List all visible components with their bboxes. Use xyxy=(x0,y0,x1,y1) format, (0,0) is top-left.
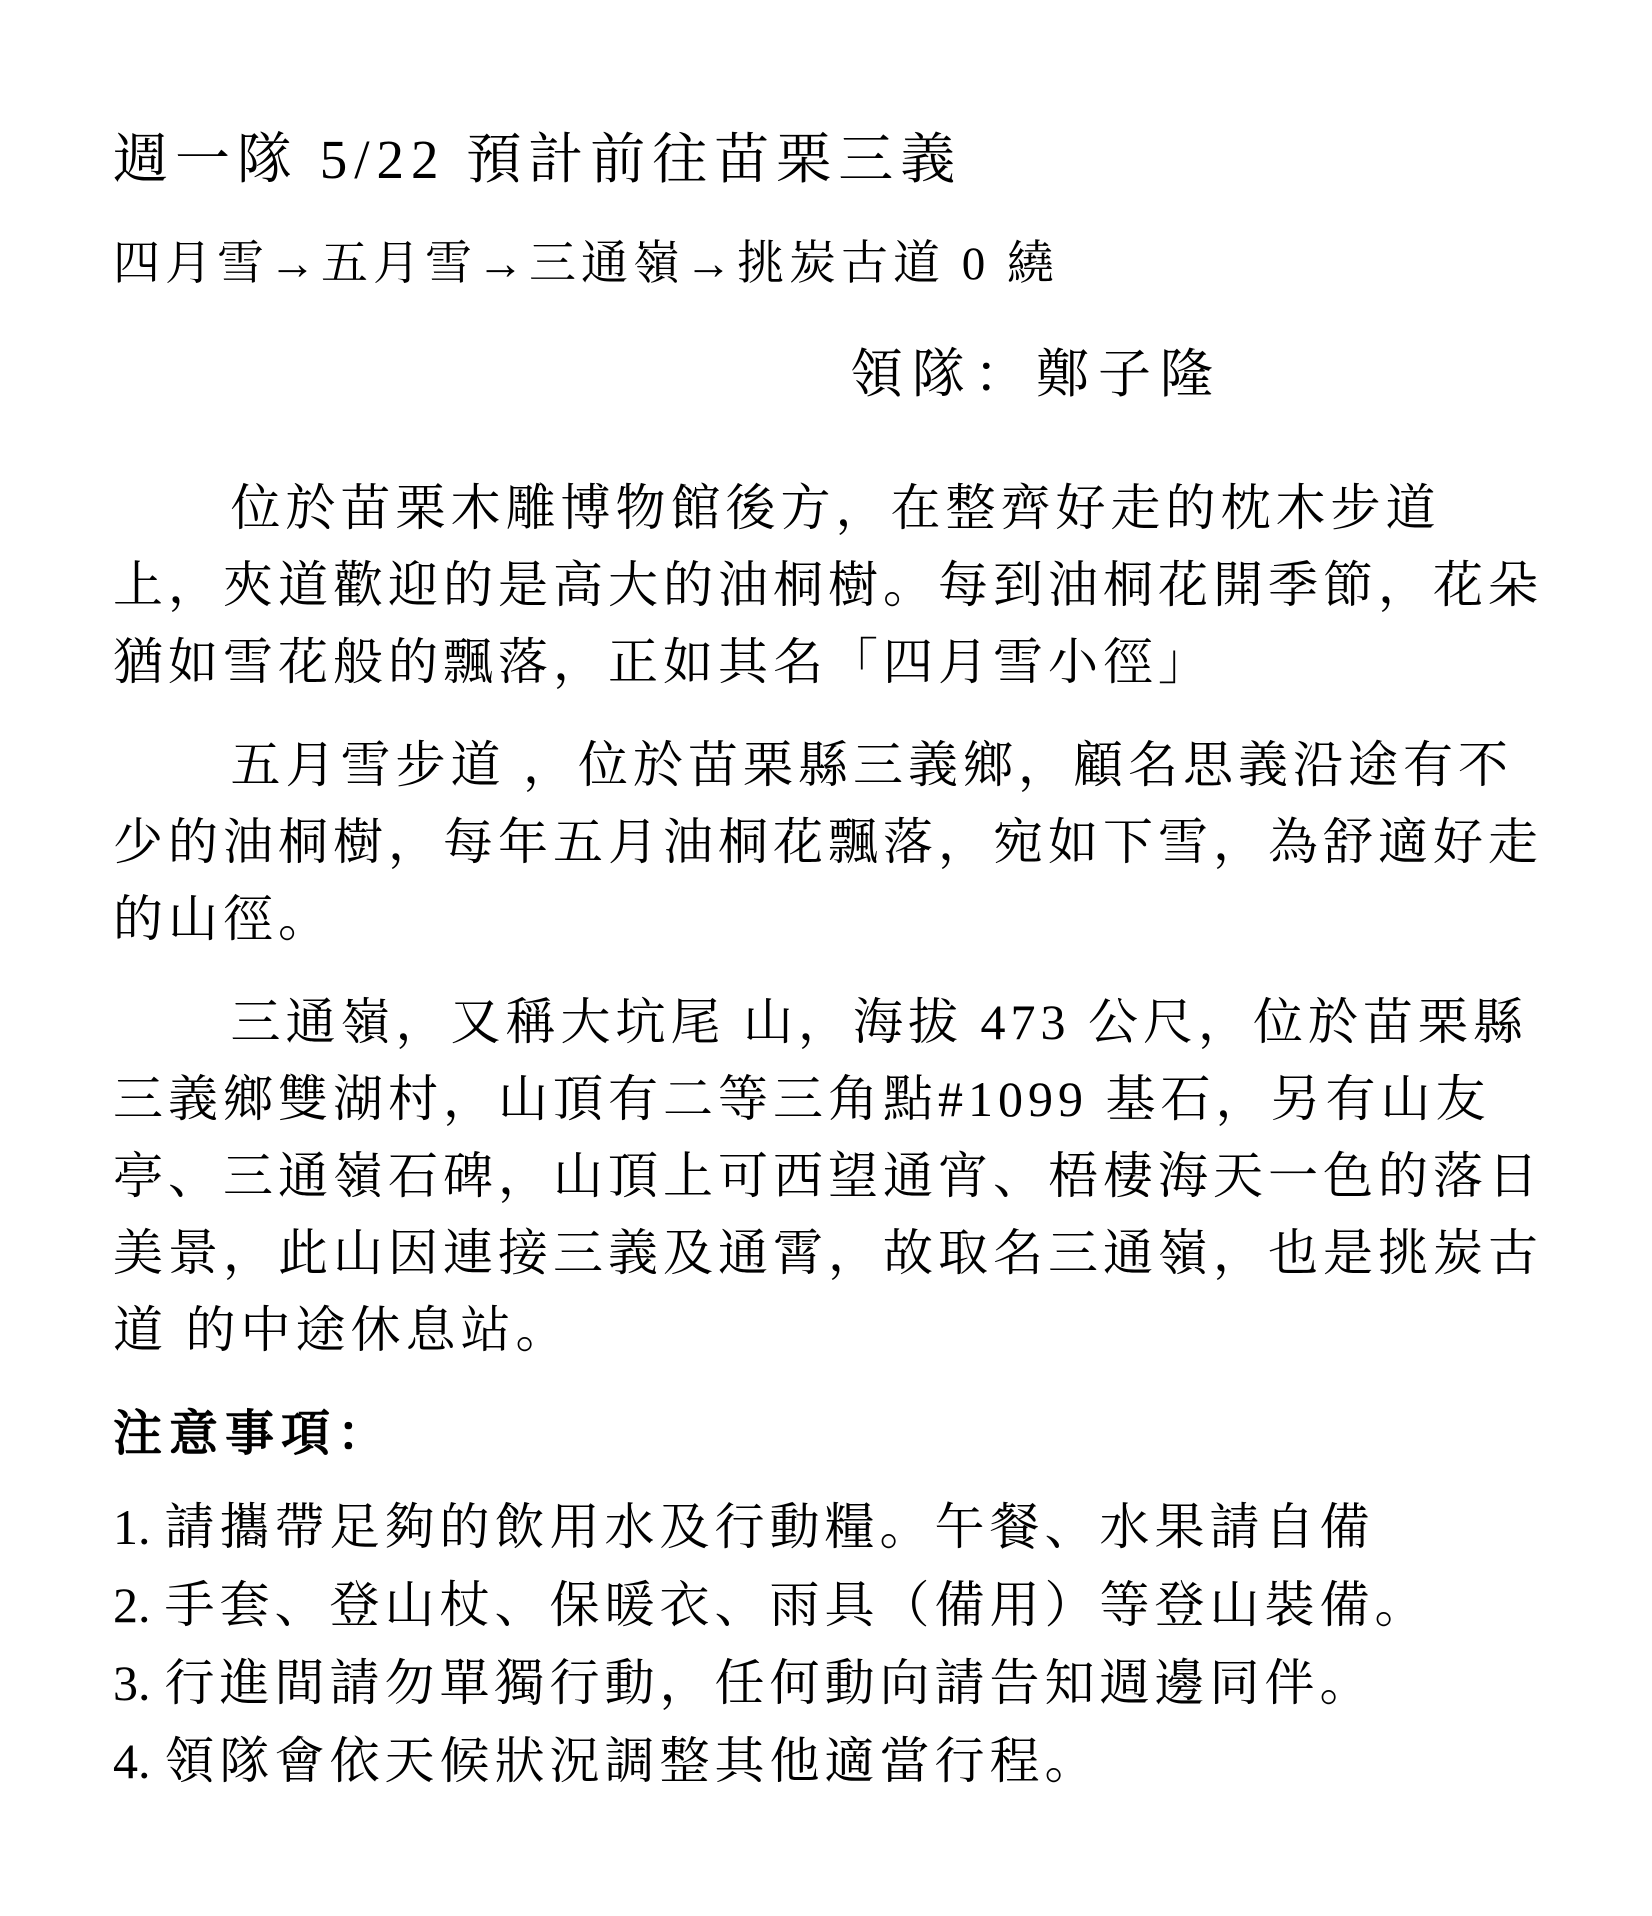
notes-heading: 注意事項： xyxy=(113,1405,1547,1464)
note-text: 領隊會依天候狀況調整其他適當行程。 xyxy=(165,1733,1100,1789)
note-number: 1. xyxy=(113,1488,151,1566)
note-number: 4. xyxy=(113,1722,151,1800)
note-item-4: 4.領隊會依天候狀況調整其他適當行程。 xyxy=(113,1722,1547,1800)
paragraph-santongling: 三通嶺，又稱大坑尾 山，海拔 473 公尺，位於苗栗縣三義鄉雙湖村，山頂有二等三… xyxy=(113,984,1547,1369)
note-item-2: 2.手套、登山杖、保暖衣、雨具（備用）等登山裝備。 xyxy=(113,1566,1547,1644)
document-title: 週一隊 5/22 預計前往苗栗三義 xyxy=(113,128,1547,191)
notes-section: 注意事項： 1.請攜帶足夠的飲用水及行動糧。午餐、水果請自備 2.手套、登山杖、… xyxy=(113,1405,1547,1800)
note-number: 3. xyxy=(113,1644,151,1722)
note-item-3: 3.行進間請勿單獨行動，任何動向請告知週邊同伴。 xyxy=(113,1644,1547,1722)
note-number: 2. xyxy=(113,1566,151,1644)
document-body: 位於苗栗木雕博物館後方，在整齊好走的枕木步道上，夾道歡迎的是高大的油桐樹。每到油… xyxy=(113,470,1547,1369)
paragraph-april-snow-trail: 位於苗栗木雕博物館後方，在整齊好走的枕木步道上，夾道歡迎的是高大的油桐樹。每到油… xyxy=(113,470,1547,701)
document-page: 週一隊 5/22 預計前往苗栗三義 四月雪→五月雪→三通嶺→挑炭古道 0 繞 領… xyxy=(0,0,1652,1916)
paragraph-may-snow-trail: 五月雪步道 ，位於苗栗縣三義鄉，顧名思義沿途有不少的油桐樹，每年五月油桐花飄落，… xyxy=(113,727,1547,958)
note-text: 請攜帶足夠的飲用水及行動糧。午餐、水果請自備 xyxy=(165,1499,1375,1555)
route-itinerary: 四月雪→五月雪→三通嶺→挑炭古道 0 繞 xyxy=(113,237,1547,291)
note-item-1: 1.請攜帶足夠的飲用水及行動糧。午餐、水果請自備 xyxy=(113,1488,1547,1566)
note-text: 行進間請勿單獨行動，任何動向請告知週邊同伴。 xyxy=(165,1655,1375,1711)
note-text: 手套、登山杖、保暖衣、雨具（備用）等登山裝備。 xyxy=(165,1577,1430,1633)
trip-leader: 領隊：鄭子隆 xyxy=(113,345,1547,406)
